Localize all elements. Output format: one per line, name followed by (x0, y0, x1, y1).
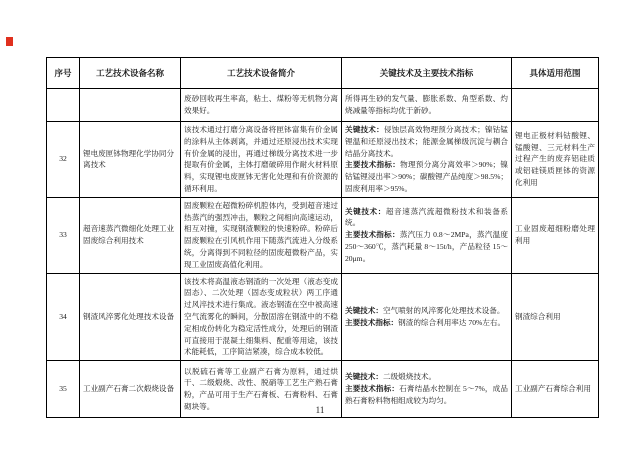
name-cell: 钢渣风淬雾化处理技术设备 (80, 273, 181, 361)
keytech-text: 空气喷射的风淬雾化处理技术设备。 (383, 306, 505, 315)
red-annotation-mark (6, 37, 13, 46)
indicator-label: 主要技术指标： (345, 230, 400, 239)
keytech-label: 关键技术： (345, 125, 384, 134)
keytech-cell: 关键技术：空气喷射的风淬雾化处理技术设备。 主要技术指标：钢渣的综合利用率达 7… (342, 273, 512, 361)
table-header-row: 序号 工艺技术设备名称 工艺技术设备简介 关键技术及主要技术指标 具体适用范围 (47, 58, 599, 89)
indicator-label: 主要技术指标： (345, 318, 398, 327)
name-cell: 超音速蒸汽微细化处理工业固废综合利用技术 (80, 197, 181, 273)
header-scope: 具体适用范围 (512, 58, 599, 89)
indicator-text: 钢渣的综合利用率达 70%左右。 (398, 318, 505, 327)
scope-cell: 工业固废超细粉磨处理利用 (512, 197, 599, 273)
table-row: 34 钢渣风淬雾化处理技术设备 该技术将高温液态钢渣的一次处理（液态变成固态）、… (47, 273, 599, 361)
table-row: 32 锂电废匣钵物理化学协同分离技术 该技术通过打磨分离设备将匣钵富集有价金属的… (47, 122, 599, 198)
intro-cell: 该技术将高温液态钢渣的一次处理（液态变成固态）、二次处理（固态变成粒状）两工序通… (181, 273, 342, 361)
keytech-label: 关键技术： (345, 207, 386, 216)
scope-cell (512, 89, 599, 122)
keytech-label: 关键技术： (345, 372, 383, 381)
keytech-text: 所得再生砂的发气量、膨胀系数、角型系数、灼烧减量等指标均优于新砂。 (345, 94, 508, 115)
keytech-cell: 关键技术：超音速蒸汽流超微粉技术和装备系统。 主要技术指标：蒸汽压力 0.8～2… (342, 197, 512, 273)
page-number: 11 (0, 405, 640, 415)
header-name: 工艺技术设备名称 (80, 58, 181, 89)
seq-cell: 32 (47, 122, 80, 198)
intro-cell: 废砂回收再生率高，粘土、煤粉等无机物分离效果好。 (181, 89, 342, 122)
process-equipment-table: 序号 工艺技术设备名称 工艺技术设备简介 关键技术及主要技术指标 具体适用范围 … (46, 57, 599, 418)
name-cell (80, 89, 181, 122)
seq-cell: 34 (47, 273, 80, 361)
header-keytech: 关键技术及主要技术指标 (342, 58, 512, 89)
name-cell: 锂电废匣钵物理化学协同分离技术 (80, 122, 181, 198)
scope-cell: 锂电正极材料钴酸锂、锰酸锂、三元材料生产过程产生的废弃铝硅质或铝硅镁质匣钵的资源… (512, 122, 599, 198)
seq-cell (47, 89, 80, 122)
indicator-label: 主要技术指标： (345, 160, 400, 169)
table-row: 废砂回收再生率高，粘土、煤粉等无机物分离效果好。 所得再生砂的发气量、膨胀系数、… (47, 89, 599, 122)
header-seq: 序号 (47, 58, 80, 89)
keytech-label: 关键技术： (345, 306, 383, 315)
keytech-cell: 所得再生砂的发气量、膨胀系数、角型系数、灼烧减量等指标均优于新砂。 (342, 89, 512, 122)
indicator-label: 主要技术指标： (345, 384, 399, 393)
table-row: 33 超音速蒸汽微细化处理工业固废综合利用技术 固废颗粒在超微粉碎机腔体内，受到… (47, 197, 599, 273)
keytech-text: 二级煅烧技术。 (383, 372, 436, 381)
keytech-cell: 关键技术：侵蚀层高效物理预分离技术；镍钴锰锂温和还原浸出技术；能源金属梯级沉淀与… (342, 122, 512, 198)
scope-cell: 钢渣综合利用 (512, 273, 599, 361)
document-page: 序号 工艺技术设备名称 工艺技术设备简介 关键技术及主要技术指标 具体适用范围 … (0, 0, 640, 453)
intro-cell: 固废颗粒在超微粉碎机腔体内，受到超音速过热蒸汽的强烈冲击，颗粒之间相向高速运动，… (181, 197, 342, 273)
seq-cell: 33 (47, 197, 80, 273)
intro-cell: 该技术通过打磨分离设备将匣钵富集有价金属的涂料从主体剥离，并通过还原浸出技术实现… (181, 122, 342, 198)
header-intro: 工艺技术设备简介 (181, 58, 342, 89)
